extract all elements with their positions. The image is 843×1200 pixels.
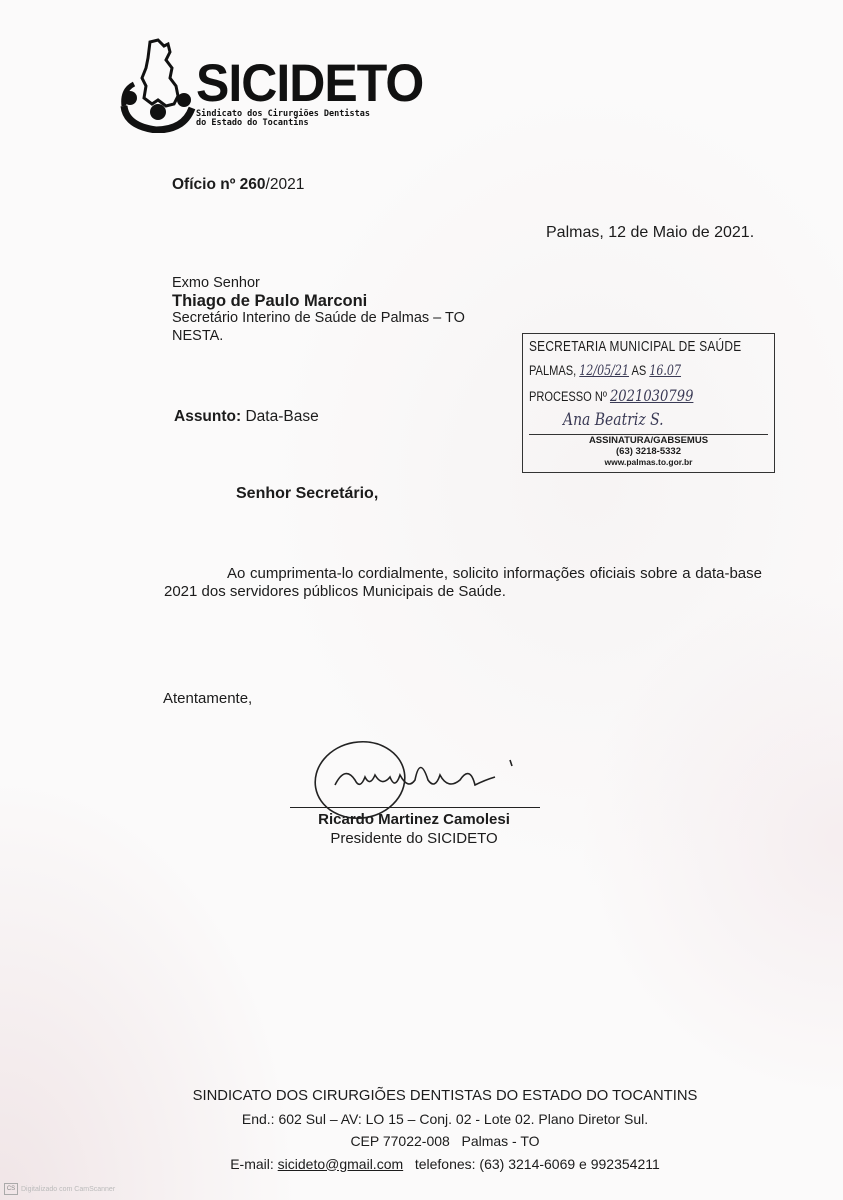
footer-contact: E-mail: sicideto@gmail.com telefones: (6… (180, 1153, 710, 1176)
stamp-as-label: AS (631, 363, 646, 378)
stamp-palmas-label: PALMAS, (529, 363, 576, 378)
oficio-year: /2021 (266, 176, 305, 193)
stamp-signature: Ana Beatriz S. (563, 410, 664, 430)
stamp-footer-line1: ASSINATURA/GABSEMUS (523, 436, 774, 447)
addressee-location: NESTA. (172, 328, 465, 346)
stamp-processo-value: 2021030799 (610, 386, 693, 405)
stamp-footer: ASSINATURA/GABSEMUS (63) 3218-5332 www.p… (523, 436, 774, 468)
signer-title: Presidente do SICIDETO (290, 829, 538, 848)
stamp-date-row: PALMAS, 12/05/21 AS 16.07 (529, 363, 681, 379)
stamp-date-value: 12/05/21 (579, 363, 629, 379)
oficio-number: Ofício nº 260/2021 (172, 176, 304, 194)
letterhead-footer: SINDICATO DOS CIRURGIÕES DENTISTAS DO ES… (180, 1085, 710, 1175)
sicideto-logo: SICIDETO Sindicato dos Cirurgiões Dentis… (118, 38, 398, 133)
salutation: Senhor Secretário, (236, 485, 378, 503)
stamp-time-value: 16.07 (649, 363, 681, 379)
footer-email-label: E-mail: (230, 1156, 274, 1172)
stamp-processo-row: PROCESSO Nº 2021030799 (529, 386, 693, 405)
signer-block: Ricardo Martinez Camolesi Presidente do … (290, 810, 538, 848)
addressee-greeting: Exmo Senhor (172, 275, 465, 293)
place-date: Palmas, 12 de Maio de 2021. (546, 224, 754, 242)
logo-subtitle-line2: do Estado do Tocantins (196, 119, 370, 128)
signer-name: Ricardo Martinez Camolesi (290, 810, 538, 829)
footer-org: SINDICATO DOS CIRURGIÕES DENTISTAS DO ES… (180, 1085, 710, 1108)
stamp-processo-label: PROCESSO Nº (529, 389, 607, 404)
tocantins-map-with-people-icon (118, 38, 198, 133)
oficio-label: Ofício nº (172, 176, 235, 193)
footer-phones: telefones: (63) 3214-6069 e 992354211 (415, 1156, 660, 1172)
logo-title: SICIDETO (196, 57, 423, 110)
addressee-role: Secretário Interino de Saúde de Palmas –… (172, 310, 465, 328)
letter-body: Ao cumprimenta-lo cordialmente, solicito… (164, 565, 762, 601)
oficio-number-value: 260 (240, 176, 266, 193)
stamp-footer-phone: (63) 3218-5332 (523, 447, 774, 458)
footer-cep: CEP 77022-008 Palmas - TO (180, 1130, 710, 1153)
scanner-text: Digitalizado com CamScanner (21, 1186, 115, 1193)
scanner-watermark: CS Digitalizado com CamScanner (4, 1183, 115, 1195)
logo-subtitle: Sindicato dos Cirurgiões Dentistas do Es… (196, 110, 370, 128)
stamp-title: SECRETARIA MUNICIPAL DE SAÚDE (529, 339, 741, 355)
signature-line (290, 807, 540, 808)
footer-address: End.: 602 Sul – AV: LO 15 – Conj. 02 - L… (180, 1108, 710, 1131)
camscanner-icon: CS (4, 1183, 18, 1195)
receipt-stamp: SECRETARIA MUNICIPAL DE SAÚDE PALMAS, 12… (522, 333, 775, 473)
addressee-block: Exmo Senhor Thiago de Paulo Marconi Secr… (172, 275, 465, 345)
addressee-name: Thiago de Paulo Marconi (172, 293, 465, 311)
subject: Assunto: Data-Base (174, 408, 319, 426)
closing: Atentamente, (163, 690, 252, 707)
footer-email-link[interactable]: sicideto@gmail.com (278, 1156, 403, 1172)
subject-value: Data-Base (245, 408, 318, 425)
subject-label: Assunto: (174, 408, 241, 425)
stamp-footer-website: www.palmas.to.gor.br (523, 457, 774, 468)
